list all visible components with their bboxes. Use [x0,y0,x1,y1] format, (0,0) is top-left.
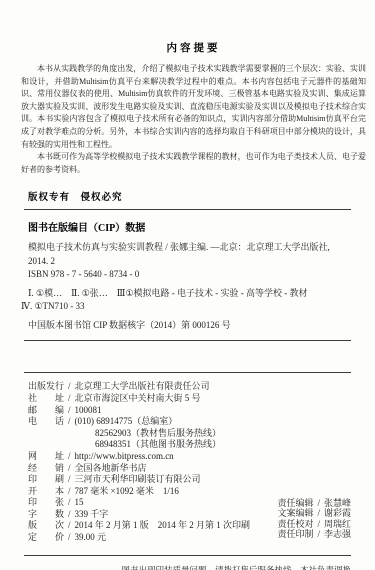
pub-row-value: 2014 年 2 月第 1 版 2014 年 2 月第 1 次印刷 [75,520,251,530]
slash-separator: / [313,508,324,518]
pub-row-publisher: 出版发行/北京理工大学出版社有限责任公司 [28,381,351,393]
staff-credits: 责任编辑/张慧峰 文案编辑/谢彩霞 责任校对/周瑞红 责任印制/李志强 [277,498,351,540]
staff-row-label: 责任编辑 [277,498,313,508]
slash-separator: / [64,381,75,391]
pub-row-label: 社 址 [28,393,64,403]
slash-separator: / [64,486,75,496]
slash-separator: / [313,519,324,529]
section-divider [24,555,351,556]
staff-row-editor: 责任编辑/张慧峰 [277,498,351,508]
pub-row-label: 字 数 [28,509,64,519]
quality-note: 图书出现印装质量问题，请拨打售后服务热线，本社负责调换 [0,564,351,570]
slash-separator: / [64,393,75,403]
pub-row-label: 开 本 [28,486,64,496]
pub-row-website: 网 址/http://www.bitpress.com.cn [28,451,351,463]
staff-row-value: 谢彩霞 [324,508,351,518]
slash-separator: / [64,405,75,415]
staff-row-label: 文案编辑 [277,508,313,518]
blank-band [0,341,375,372]
pub-row-value: 68948351（其他图书服务热线） [95,439,221,449]
pub-row-printer: 印 刷/三河市天利华印刷装订有限公司 [28,474,351,486]
pub-row-postcode: 邮 编/100081 [28,405,351,417]
cip-section: 图书在版编目（CIP）数据 模拟电子技术仿真与实验实训教程 / 张娜主编. —北… [28,219,351,332]
pub-row-label: 印 张 [28,497,64,507]
pub-row-value: 787 毫米 ×1092 毫米 1/16 [75,486,179,496]
pub-row-distribution: 经 销/全国各地新华书店 [28,463,351,475]
pub-row-label: 版 次 [28,520,64,530]
pub-row-value: 100081 [75,405,102,415]
staff-row-print-supervisor: 责任印制/李志强 [277,529,351,539]
slash-separator: / [64,509,75,519]
slash-separator: / [64,451,75,461]
pub-row-value: 15 [75,497,84,507]
section-divider [24,372,351,373]
pub-row-value: (010) 68914775（总编室） [75,416,178,426]
summary-title: 内容提要 [21,40,366,55]
staff-row-value: 周瑞红 [324,519,351,529]
slash-separator: / [64,497,75,507]
pub-row-label: 定 价 [28,532,64,542]
pub-row-label: 出版发行 [28,381,64,391]
pub-row-value: 北京市海淀区中关村南大街 5 号 [75,393,201,403]
pub-row-address: 社 址/北京市海淀区中关村南大街 5 号 [28,393,351,405]
staff-row-label: 责任印制 [277,529,313,539]
content-summary-section: 内容提要 本书从实践教学的角度出发，介绍了模拟电子技术实践教学需要掌握的三个层次… [0,0,375,176]
copyright-notice: 版权专有 侵权必究 [28,189,351,203]
summary-paragraph-1: 本书从实践教学的角度出发，介绍了模拟电子技术实践教学需要掌握的三个层次：实验、实… [21,63,366,151]
pub-row-value: 39.00 元 [75,532,107,542]
pub-row-value: 82562903（教材售后服务热线） [95,428,221,438]
pub-row-label: 经 销 [28,463,64,473]
staff-row-proofreader: 责任校对/周瑞红 [277,519,351,529]
staff-row-copy-editor: 文案编辑/谢彩霞 [277,508,351,518]
pub-row-phone: 电 话/(010) 68914775（总编室） [28,416,351,428]
slash-separator: / [64,474,75,484]
cip-isbn-line: ISBN 978 - 7 - 5640 - 8734 - 0 [28,268,351,282]
cip-classification-line-1: Ⅰ. ①模… Ⅱ. ①张… Ⅲ①模拟电路 - 电子技术 - 实验 - 高等学校 … [28,287,351,301]
pub-row-value: http://www.bitpress.com.cn [75,451,174,461]
staff-row-value: 李志强 [324,529,351,539]
pub-row-value: 北京理工大学出版社有限责任公司 [75,381,210,391]
book-copyright-page: 内容提要 本书从实践教学的角度出发，介绍了模拟电子技术实践教学需要掌握的三个层次… [0,0,375,570]
slash-separator: / [313,498,324,508]
pub-row-label: 邮 编 [28,405,64,415]
cip-heading: 图书在版编目（CIP）数据 [28,219,351,234]
slash-separator: / [64,416,75,426]
cip-record-number: 中国版本图书馆 CIP 数据核字（2014）第 000126 号 [28,319,351,333]
slash-separator: / [64,463,75,473]
section-divider [24,209,351,210]
pub-row-value: 全国各地新华书店 [75,463,147,473]
publication-info-section: 出版发行/北京理工大学出版社有限责任公司 社 址/北京市海淀区中关村南大街 5 … [28,381,351,543]
slash-separator: / [313,529,324,539]
staff-row-value: 张慧峰 [324,498,351,508]
slash-separator: / [64,532,75,542]
summary-paragraph-2: 本书既可作为高等学校模拟电子技术实践教学课程的教材，也可作为电子类技术人员、电子… [21,151,366,176]
pub-row-value: 三河市天利华印刷装订有限公司 [75,474,201,484]
pub-row-phone-2: 82562903（教材售后服务热线） [28,428,351,440]
pub-row-format: 开 本/787 毫米 ×1092 毫米 1/16 [28,486,351,498]
pub-row-label: 网 址 [28,451,64,461]
cip-title-line: 模拟电子技术仿真与实验实训教程 / 张娜主编. —北京：北京理工大学出版社, 2… [28,241,351,268]
pub-row-label: 印 刷 [28,474,64,484]
pub-row-value: 339 千字 [75,509,109,519]
pub-row-label: 电 话 [28,416,64,426]
cip-classification-line-2: Ⅳ. ①TN710 - 33 [21,300,351,314]
staff-row-label: 责任校对 [277,519,313,529]
pub-row-phone-3: 68948351（其他图书服务热线） [28,439,351,451]
slash-separator: / [64,520,75,530]
